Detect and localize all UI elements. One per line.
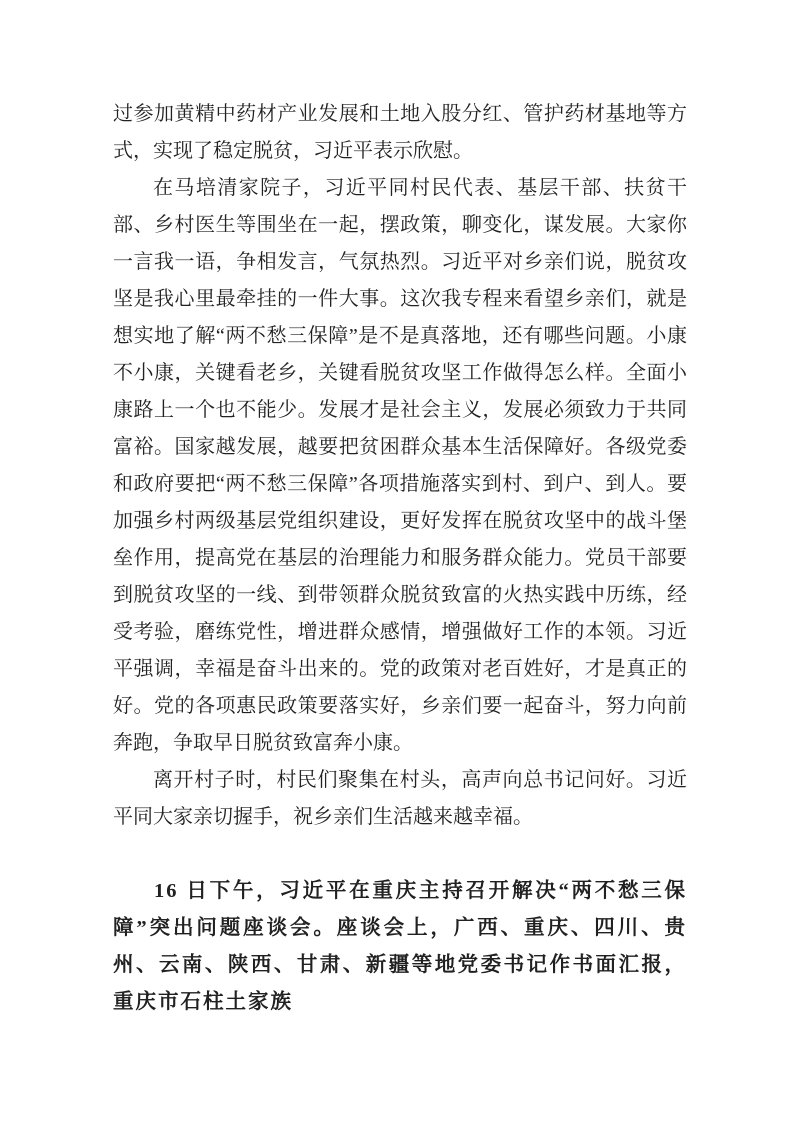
paragraph-emphasis: 16 日下午，习近平在重庆主持召开解决“两不愁三保障”突出问题座谈会。座谈会上，… (113, 873, 687, 1021)
paragraph-body: 在马培清家院子，习近平同村民代表、基层干部、扶贫干部、乡村医生等围坐在一起，摆政… (113, 170, 687, 762)
paragraph-body: 离开村子时，村民们聚集在村头，高声向总书记问好。习近平同大家亲切握手，祝乡亲们生… (113, 762, 687, 836)
document-content: 过参加黄精中药材产业发展和土地入股分红、管护药材基地等方式，实现了稳定脱贫，习近… (113, 96, 687, 1021)
document-page: 过参加黄精中药材产业发展和土地入股分红、管护药材基地等方式，实现了稳定脱贫，习近… (0, 0, 793, 1122)
paragraph-continuation: 过参加黄精中药材产业发展和土地入股分红、管护药材基地等方式，实现了稳定脱贫，习近… (113, 96, 687, 170)
